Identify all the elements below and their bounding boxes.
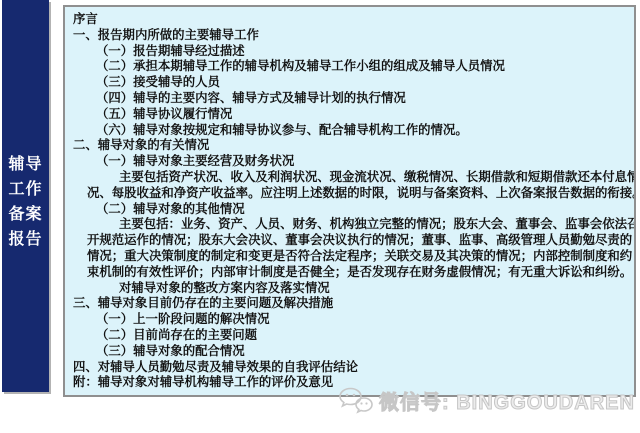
outline-line: 二、辅导对象的有关情况 [73, 138, 634, 154]
outline-line: （一）上一阶段问题的解决情况 [73, 312, 634, 328]
sidebar-title-line: 工作 [2, 177, 49, 202]
outline-line: （六）辅导对象按规定和辅导协议参与、配合辅导机构工作的情况。 [73, 123, 634, 139]
outline-line: 情况；重大决策制度的制定和变更是否符合法定程序；关联交易及其决策的情况；内部控制… [73, 249, 634, 265]
outline-line: 四、对辅导人员勤勉尽责及辅导效果的自我评估结论 [73, 360, 634, 376]
outline-line: 序言 [73, 12, 634, 28]
outline-line: 对辅导对象的整改方案内容及落实情况 [73, 281, 634, 297]
document-panel: 序言一、报告期内所做的主要辅导工作（一）报告期辅导经过描述（二）承担本期辅导工作… [63, 5, 636, 397]
outline-line: 况、每股收益和净资产收益率。应注明上述数据的时限，说明与备案资料、上次备案报告数… [73, 186, 634, 202]
outline-line: 束机制的有效性评价；内部审计制度是否健全；是否发现存在财务虚假情况；有无重大诉讼… [73, 265, 634, 281]
outline-line: 主要包括：业务、资产、人员、财务、机构独立完整的情况；股东大会、董事会、监事会依… [73, 217, 634, 233]
sidebar-title-line: 辅导 [2, 152, 49, 177]
wechat-icon [338, 385, 374, 415]
outline-line: 一、报告期内所做的主要辅导工作 [73, 28, 634, 44]
watermark-text: 微信号: BINGGOUDAREN [379, 386, 635, 415]
outline-line: 三、辅导对象目前仍存在的主要问题及解决措施 [73, 296, 634, 312]
sidebar: 辅导 工作 备案 报告 [2, 0, 49, 392]
outline-line: （二）目前尚存在的主要问题 [73, 328, 634, 344]
outline-line: （三）接受辅导的人员 [73, 75, 634, 91]
watermark: 微信号: BINGGOUDAREN [338, 385, 635, 415]
outline-line: （二）辅导对象的其他情况 [73, 202, 634, 218]
sidebar-title: 辅导 工作 备案 报告 [2, 152, 49, 252]
page: 辅导 工作 备案 报告 序言一、报告期内所做的主要辅导工作（一）报告期辅导经过描… [0, 0, 640, 433]
document-outline: 序言一、报告期内所做的主要辅导工作（一）报告期辅导经过描述（二）承担本期辅导工作… [73, 12, 634, 391]
sidebar-title-line: 报告 [2, 227, 49, 252]
outline-line: （一）报告期辅导经过描述 [73, 44, 634, 60]
outline-line: （三）辅导对象的配合情况 [73, 344, 634, 360]
outline-line: （四）辅导的主要内容、辅导方式及辅导计划的执行情况 [73, 91, 634, 107]
sidebar-title-line: 备案 [2, 202, 49, 227]
outline-line: （一）辅导对象主要经营及财务状况 [73, 154, 634, 170]
outline-line: （二）承担本期辅导工作的辅导机构及辅导工作小组的组成及辅导人员情况 [73, 59, 634, 75]
outline-line: 主要包括资产状况、收入及利润状况、现金流状况、缴税情况、长期借款和短期借款还本付… [73, 170, 634, 186]
outline-line: 开规范运作的情况；股东大会决议、董事会决议执行的情况；董事、监事、高级管理人员勤… [73, 233, 634, 249]
outline-line: （五）辅导协议履行情况 [73, 107, 634, 123]
